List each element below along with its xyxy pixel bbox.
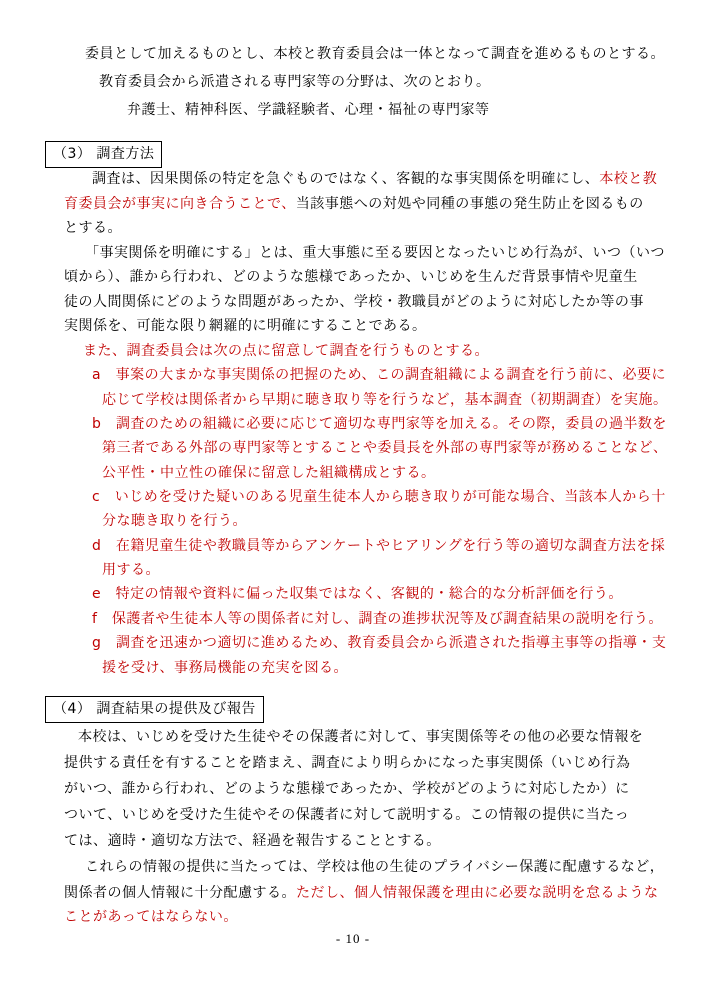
text-segment: 弁護士、精神科医、学識経験者、心理・福祉の専門家等 (127, 102, 490, 118)
text-line: ことがあってはならない。 (64, 909, 238, 927)
text-line: 分な聴き取りを行う。 (102, 513, 247, 531)
text-line: g 調査を迅速かつ適切に進めるため、教育委員会から派遣された指導主事等の指導・支 (92, 635, 666, 653)
text-segment: 本校は、いじめを受けた生徒やその保護者に対して、事実関係等その他の必要な情報を (78, 729, 643, 745)
text-segment: 調査は、因果関係の特定を急ぐものではなく、客観的な事実関係を明確にし、 (92, 171, 599, 187)
text-line: 第三者である外部の専門家等とすることや委員長を外部の専門家等が務めることなど、 (102, 440, 668, 458)
text-line: 弁護士、精神科医、学識経験者、心理・福祉の専門家等 (127, 102, 490, 120)
text-segment: ては、適時・適切な方法で、経過を報告することとする。 (64, 833, 441, 849)
document-page: - 10 - 委員として加えるものとし、本校と教育委員会は一体となって調査を進め… (0, 0, 706, 1000)
text-line: がいつ、誰から行われ、どのような態様であったか、学校がどのように対応したか）に (64, 781, 630, 799)
text-line: 委員として加えるものとし、本校と教育委員会は一体となって調査を進めるものとする。 (85, 46, 665, 64)
text-segment: また、調査委員会は次の点に留意して調査を行うものとする。 (83, 343, 489, 359)
text-line: ついて、いじめを受けた生徒やその保護者に対して説明する。この情報の提供に当たっ (64, 807, 629, 825)
text-line: 公平性・中立性の確保に留意した組織構成とする。 (102, 465, 436, 483)
text-line: また、調査委員会は次の点に留意して調査を行うものとする。 (83, 343, 489, 361)
text-line: とする。 (64, 220, 122, 238)
text-line: 本校は、いじめを受けた生徒やその保護者に対して、事実関係等その他の必要な情報を (78, 729, 643, 747)
text-line: c いじめを受けた疑いのある児童生徒本人から聴き取りが可能な場合、当該本人から十 (92, 489, 666, 507)
text-segment: がいつ、誰から行われ、どのような態様であったか、学校がどのように対応したか）に (64, 781, 630, 797)
text-segment: 育委員会が事実に向き合うことで、 (64, 196, 296, 212)
text-segment: 用する。 (102, 562, 160, 578)
text-line: e 特定の情報や資料に偏った収集ではなく、客観的・総合的な分析評価を行う。 (92, 586, 623, 604)
text-segment: 提供する責任を有することを踏まえ、調査により明らかになった事実関係（いじめ行為 (64, 755, 630, 771)
text-line: 教育委員会から派遣される専門家等の分野は、次のとおり。 (99, 74, 491, 92)
text-segment: g 調査を迅速かつ適切に進めるため、教育委員会から派遣された指導主事等の指導・支 (92, 635, 666, 651)
text-line: f 保護者や生徒本人等の関係者に対し、調査の進捗状況等及び調査結果の説明を行う。 (92, 611, 663, 629)
text-segment: とする。 (64, 220, 122, 236)
text-line: 応じて学校は関係者から早期に聴き取り等を行うなど，基本調査（初期調査）を実施。 (102, 392, 668, 410)
text-line: b 調査のための組織に必要に応じて適切な専門家等を加える。その際，委員の過半数を (92, 416, 667, 434)
section-heading: （3） 調査方法 (45, 141, 162, 168)
text-segment: e 特定の情報や資料に偏った収集ではなく、客観的・総合的な分析評価を行う。 (92, 586, 623, 602)
text-line: 調査は、因果関係の特定を急ぐものではなく、客観的な事実関係を明確にし、本校と教 (92, 171, 657, 189)
text-segment: f 保護者や生徒本人等の関係者に対し、調査の進捗状況等及び調査結果の説明を行う。 (92, 611, 663, 627)
text-segment: ことがあってはならない。 (64, 909, 238, 925)
text-segment: 当該事態への対処や同種の事態の発生防止を図るもの (296, 196, 644, 212)
text-line: 援を受け、事務局機能の充実を図る。 (102, 660, 348, 678)
text-segment: a 事案の大まかな事実関係の把握のため、この調査組織による調査を行う前に、必要に (92, 367, 666, 383)
text-line: 提供する責任を有することを踏まえ、調査により明らかになった事実関係（いじめ行為 (64, 755, 630, 773)
text-line: 「事実関係を明確にする」とは、重大事態に至る要因となったいじめ行為が、いつ（いつ (85, 245, 665, 263)
text-segment: 委員として加えるものとし、本校と教育委員会は一体となって調査を進めるものとする。 (85, 46, 665, 62)
text-line: ては、適時・適切な方法で、経過を報告することとする。 (64, 833, 441, 851)
section-heading: （4） 調査結果の提供及び報告 (45, 696, 264, 723)
text-line: 関係者の個人情報に十分配慮する。ただし、個人情報保護を理由に必要な説明を怠るよう… (64, 885, 659, 903)
text-segment: 応じて学校は関係者から早期に聴き取り等を行うなど，基本調査（初期調査）を実施。 (102, 392, 668, 408)
text-segment: ついて、いじめを受けた生徒やその保護者に対して説明する。この情報の提供に当たっ (64, 807, 629, 823)
text-segment: 関係者の個人情報に十分配慮する。 (64, 885, 296, 901)
text-line: 徒の人間関係にどのような問題があったか、学校・教職員がどのように対応したか等の事 (64, 294, 644, 312)
text-segment: 第三者である外部の専門家等とすることや委員長を外部の専門家等が務めることなど、 (102, 440, 668, 456)
text-line: 実関係を、可能な限り網羅的に明確にすることである。 (64, 318, 427, 336)
text-segment: d 在籍児童生徒や教職員等からアンケートやヒアリングを行う等の適切な調査方法を採 (92, 538, 665, 554)
text-segment: c いじめを受けた疑いのある児童生徒本人から聴き取りが可能な場合、当該本人から十 (92, 489, 666, 505)
text-segment: 徒の人間関係にどのような問題があったか、学校・教職員がどのように対応したか等の事 (64, 294, 644, 310)
text-line: 用する。 (102, 562, 160, 580)
text-line: d 在籍児童生徒や教職員等からアンケートやヒアリングを行う等の適切な調査方法を採 (92, 538, 665, 556)
text-segment: 教育委員会から派遣される専門家等の分野は、次のとおり。 (99, 74, 491, 90)
text-segment: b 調査のための組織に必要に応じて適切な専門家等を加える。その際，委員の過半数を (92, 416, 667, 432)
text-line: a 事案の大まかな事実関係の把握のため、この調査組織による調査を行う前に、必要に (92, 367, 666, 385)
text-segment: 実関係を、可能な限り網羅的に明確にすることである。 (64, 318, 427, 334)
text-segment: これらの情報の提供に当たっては、学校は他の生徒のプライバシー保護に配慮するなど， (85, 859, 664, 875)
text-segment: 公平性・中立性の確保に留意した組織構成とする。 (102, 465, 436, 481)
text-line: これらの情報の提供に当たっては、学校は他の生徒のプライバシー保護に配慮するなど， (85, 859, 664, 877)
text-segment: 「事実関係を明確にする」とは、重大事態に至る要因となったいじめ行為が、いつ（いつ (85, 245, 665, 261)
text-line: 頃から）、誰から行われ、どのような態様であったか、いじめを生んだ背景事情や児童生 (64, 269, 638, 287)
page-number: - 10 - (0, 931, 706, 947)
text-segment: 分な聴き取りを行う。 (102, 513, 247, 529)
text-segment: ただし、個人情報保護を理由に必要な説明を怠るような (296, 885, 659, 901)
text-segment: 頃から）、誰から行われ、どのような態様であったか、いじめを生んだ背景事情や児童生 (64, 269, 638, 285)
text-segment: 援を受け、事務局機能の充実を図る。 (102, 660, 348, 676)
text-segment: 本校と教 (599, 171, 657, 187)
text-line: 育委員会が事実に向き合うことで、当該事態への対処や同種の事態の発生防止を図るもの (64, 196, 644, 214)
